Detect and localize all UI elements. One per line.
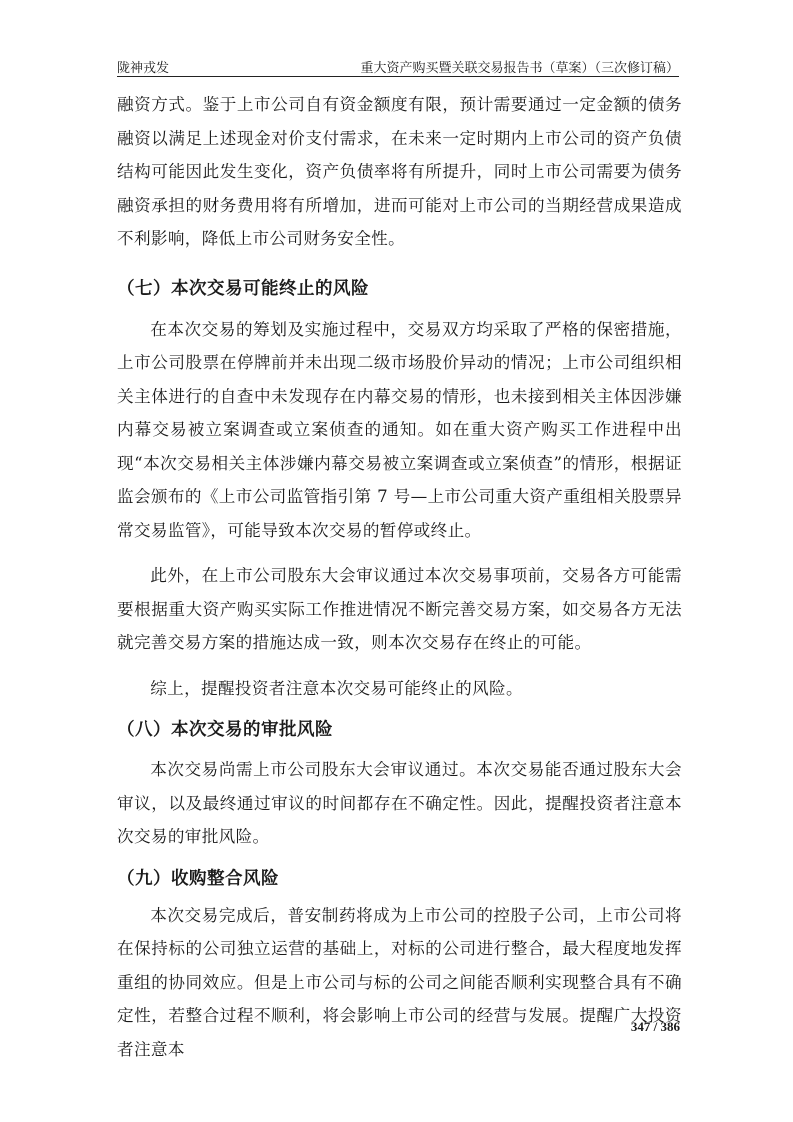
header-company-name: 陇神戎发 [117, 57, 169, 76]
section-7-paragraph-3: 综上，提醒投资者注意本次交易可能终止的风险。 [117, 672, 682, 706]
section-7-paragraph-2: 此外，在上市公司股东大会审议通过本次交易事项前，交易各方可能需要根据重大资产购买… [117, 559, 682, 660]
paragraph-continued: 融资方式。鉴于上市公司自有资金额度有限，预计需要通过一定金额的债务融资以满足上述… [117, 88, 682, 256]
section-9-paragraph-1: 本次交易完成后，普安制药将成为上市公司的控股子公司，上市公司将在保持标的公司独立… [117, 899, 682, 1067]
section-7-paragraph-1: 在本次交易的筹划及实施过程中，交易双方均采取了严格的保密措施，上市公司股票在停牌… [117, 313, 682, 548]
section-heading-7: （七）本次交易可能终止的风险 [117, 277, 682, 301]
section-8-paragraph-1: 本次交易尚需上市公司股东大会审议通过。本次交易能否通过股东大会审议，以及最终通过… [117, 753, 682, 854]
header-document-title: 重大资产购买暨关联交易报告书（草案）（三次修订稿） [360, 57, 679, 76]
document-body: 融资方式。鉴于上市公司自有资金额度有限，预计需要通过一定金额的债务融资以满足上述… [117, 88, 682, 1066]
page-number: 347 / 386 [600, 1019, 680, 1035]
section-heading-8: （八）本次交易的审批风险 [117, 718, 682, 742]
section-heading-9: （九）收购整合风险 [117, 867, 682, 891]
page-header: 陇神戎发 重大资产购买暨关联交易报告书（草案）（三次修订稿） [117, 55, 679, 77]
